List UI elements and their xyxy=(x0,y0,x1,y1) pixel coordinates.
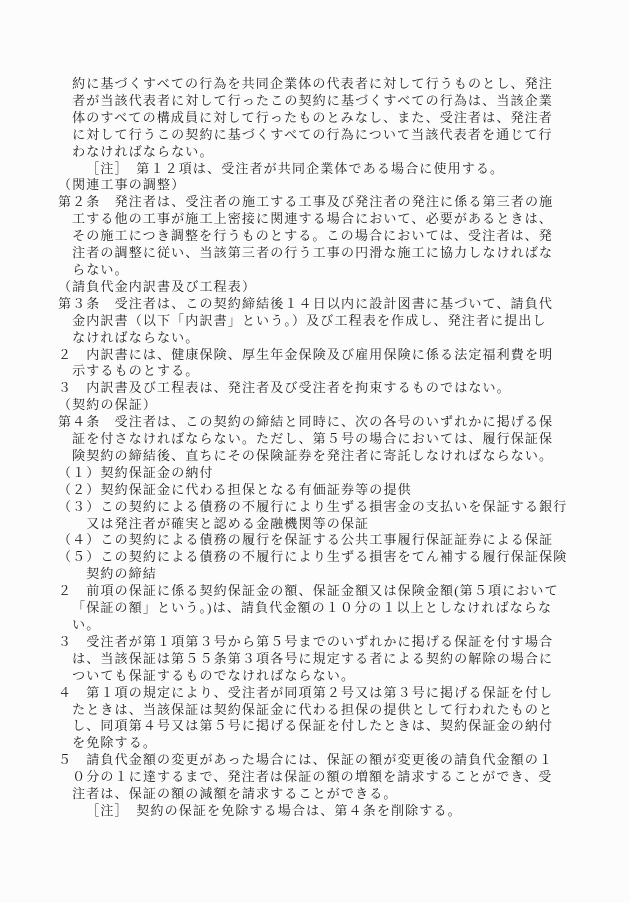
line-continuation: 金内訳書（以下「内訳書」という。）及び工程表を作成し、発注者に提出し xyxy=(58,313,578,330)
line-paragraph: ２ 内訳書には、健康保険、厚生年金保険及び雇用保険に係る法定福利費を明 xyxy=(58,347,578,364)
line-article-head: 第３条 受注者は、この契約締結後１４日以内に設計図書に基づいて、請負代 xyxy=(58,296,578,313)
line-continuation: 約に基づくすべての行為を共同企業体の代表者に対して行うものとし、発注 xyxy=(58,76,578,93)
line-continuation: 体のすべての構成員に対して行ったものとみなし、また、受注者は、発注者 xyxy=(58,110,578,127)
line-paragraph: ２ 前項の保証に係る契約保証金の額、保証金額又は保険金額(第５項において xyxy=(58,583,578,600)
line-heading: （請負代金内訳書及び工程表） xyxy=(58,279,578,296)
line-continuation: 証を付さなければならない。ただし、第５号の場合においては、履行保証保 xyxy=(58,431,578,448)
line-continuation: なければならない。 xyxy=(58,330,578,347)
line-continuation: 示するものとする。 xyxy=(58,363,578,380)
line-continuation: 注者の調整に従い、当該第三者の行う工事の円滑な施工に協力しなければな xyxy=(58,245,578,262)
line-paragraph: ５ 請負代金額の変更があった場合には、保証の額が変更後の請負代金額の１ xyxy=(58,752,578,769)
document-page: 約に基づくすべての行為を共同企業体の代表者に対して行うものとし、発注者が当該代表… xyxy=(0,0,630,903)
line-article-head: 第２条 発注者は、受注者の施工する工事及び発注者の発注に係る第三者の施 xyxy=(58,194,578,211)
line-continuation: し、同項第４号又は第５号に掲げる保証を付したときは、契約保証金の納付 xyxy=(58,718,578,735)
line-heading: （関連工事の調整） xyxy=(58,177,578,194)
line-continuation: 「保証の額」という。)は、請負代金額の１０分の１以上としなければならな xyxy=(58,600,578,617)
line-continuation: 険契約の締結後、直ちにその保険証券を発注者に寄託しなければならない。 xyxy=(58,448,578,465)
line-continuation: 注者は、保証の額の減額を請求することができる。 xyxy=(58,786,578,803)
line-continuation: わなければならない。 xyxy=(58,144,578,161)
line-item-continuation: 又は発注者が確実と認める金融機関等の保証 xyxy=(58,516,578,533)
line-continuation: ０分の１に達するまで、発注者は保証の額の増額を請求することができ、受 xyxy=(58,769,578,786)
line-paragraph: ３ 内訳書及び工程表は、発注者及び受注者を拘束するものではない。 xyxy=(58,380,578,397)
line-continuation: を免除する。 xyxy=(58,735,578,752)
line-note: ［注］ 第１２項は、受注者が共同企業体である場合に使用する。 xyxy=(58,161,578,178)
contract-text-block: 約に基づくすべての行為を共同企業体の代表者に対して行うものとし、発注者が当該代表… xyxy=(58,76,578,820)
line-continuation: 工する他の工事が施工上密接に関連する場合において、必要があるときは、 xyxy=(58,211,578,228)
line-item: （３）この契約による債務の不履行により生ずる損害金の支払いを保証する銀行 xyxy=(58,499,578,516)
line-continuation: 者が当該代表者に対して行ったこの契約に基づくすべての行為は、当該企業 xyxy=(58,93,578,110)
line-item: （５）この契約による債務の不履行により生ずる損害をてん補する履行保証保険 xyxy=(58,549,578,566)
line-continuation: い。 xyxy=(58,617,578,634)
line-item: （１）契約保証金の納付 xyxy=(58,465,578,482)
line-continuation: は、当該保証は第５５条第３項各号に規定する者による契約の解除の場合に xyxy=(58,651,578,668)
line-heading: （契約の保証） xyxy=(58,397,578,414)
line-item: （４）この契約による債務の履行を保証する公共工事履行保証証券による保証 xyxy=(58,532,578,549)
line-note: ［注］ 契約の保証を免除する場合は、第４条を削除する。 xyxy=(58,803,578,820)
line-continuation: ついても保証するものでなければならない。 xyxy=(58,668,578,685)
line-item-continuation: 契約の締結 xyxy=(58,566,578,583)
line-continuation: その施工につき調整を行うものとする。この場合においては、受注者は、発 xyxy=(58,228,578,245)
line-article-head: 第４条 受注者は、この契約の締結と同時に、次の各号のいずれかに掲げる保 xyxy=(58,414,578,431)
line-continuation: らない。 xyxy=(58,262,578,279)
line-continuation: に対して行うこの契約に基づくすべての行為について当該代表者を通じて行 xyxy=(58,127,578,144)
line-paragraph: ４ 第１項の規定により、受注者が同項第２号又は第３号に掲げる保証を付し xyxy=(58,685,578,702)
line-item: （２）契約保証金に代わる担保となる有価証券等の提供 xyxy=(58,482,578,499)
line-continuation: たときは、当該保証は契約保証金に代わる担保の提供として行われたものと xyxy=(58,702,578,719)
line-paragraph: ３ 受注者が第１項第３号から第５号までのいずれかに掲げる保証を付す場合 xyxy=(58,634,578,651)
